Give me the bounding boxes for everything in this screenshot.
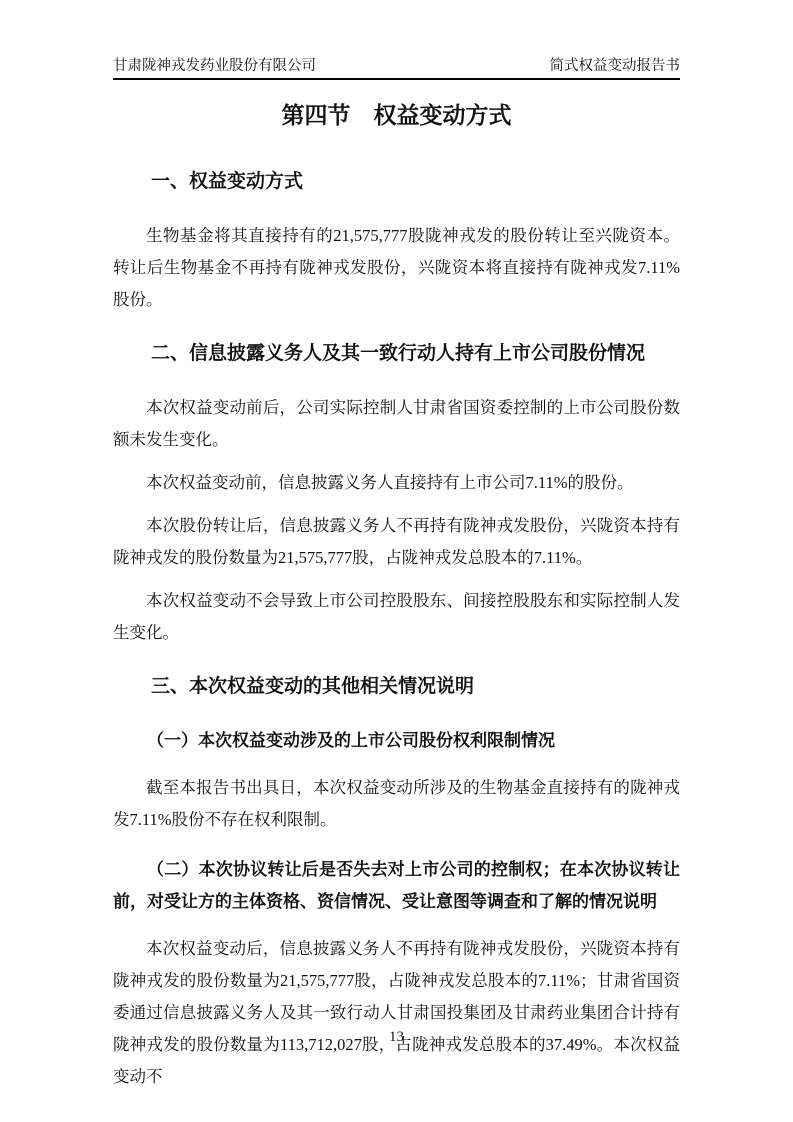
chapter-title: 第四节 权益变动方式 (113, 99, 680, 133)
section-2-paragraph-4: 本次权益变动不会导致上市公司控股股东、间接控股股东和实际控制人发生变化。 (113, 585, 680, 649)
document-page: 甘肃陇神戎发药业股份有限公司 简式权益变动报告书 第四节 权益变动方式 一、权益… (0, 0, 793, 1122)
subsection-1-heading: （一）本次权益变动涉及的上市公司股份权利限制情况 (113, 725, 680, 757)
section-2-heading: 二、信息披露义务人及其一致行动人持有上市公司股份情况 (113, 338, 680, 370)
subsection-2-heading: （二）本次协议转让后是否失去对上市公司的控制权；在本次协议转让前，对受让方的主体… (113, 854, 680, 918)
section-3-heading: 三、本次权益变动的其他相关情况说明 (113, 671, 680, 703)
section-2-paragraph-1: 本次权益变动前后，公司实际控制人甘肃省国资委控制的上市公司股份数额未发生变化。 (113, 392, 680, 456)
page-header: 甘肃陇神戎发药业股份有限公司 简式权益变动报告书 (113, 57, 680, 80)
section-1-paragraph: 生物基金将其直接持有的21,575,777股陇神戎发的股份转让至兴陇资本。转让后… (113, 220, 680, 316)
header-company-name: 甘肃陇神戎发药业股份有限公司 (113, 57, 316, 75)
page-number: 13 (0, 1028, 793, 1046)
section-2-paragraph-3: 本次股份转让后，信息披露义务人不再持有陇神戎发股份，兴陇资本持有陇神戎发的股份数… (113, 510, 680, 574)
subsection-2-paragraph: 本次权益变动后，信息披露义务人不再持有陇神戎发股份，兴陇资本持有陇神戎发的股份数… (113, 933, 680, 1093)
subsection-1-paragraph: 截至本报告书出具日，本次权益变动所涉及的生物基金直接持有的陇神戎发7.11%股份… (113, 772, 680, 836)
section-2-paragraph-2: 本次权益变动前，信息披露义务人直接持有上市公司7.11%的股份。 (113, 467, 680, 499)
header-report-title: 简式权益变动报告书 (550, 57, 681, 75)
section-1-heading: 一、权益变动方式 (113, 166, 680, 198)
